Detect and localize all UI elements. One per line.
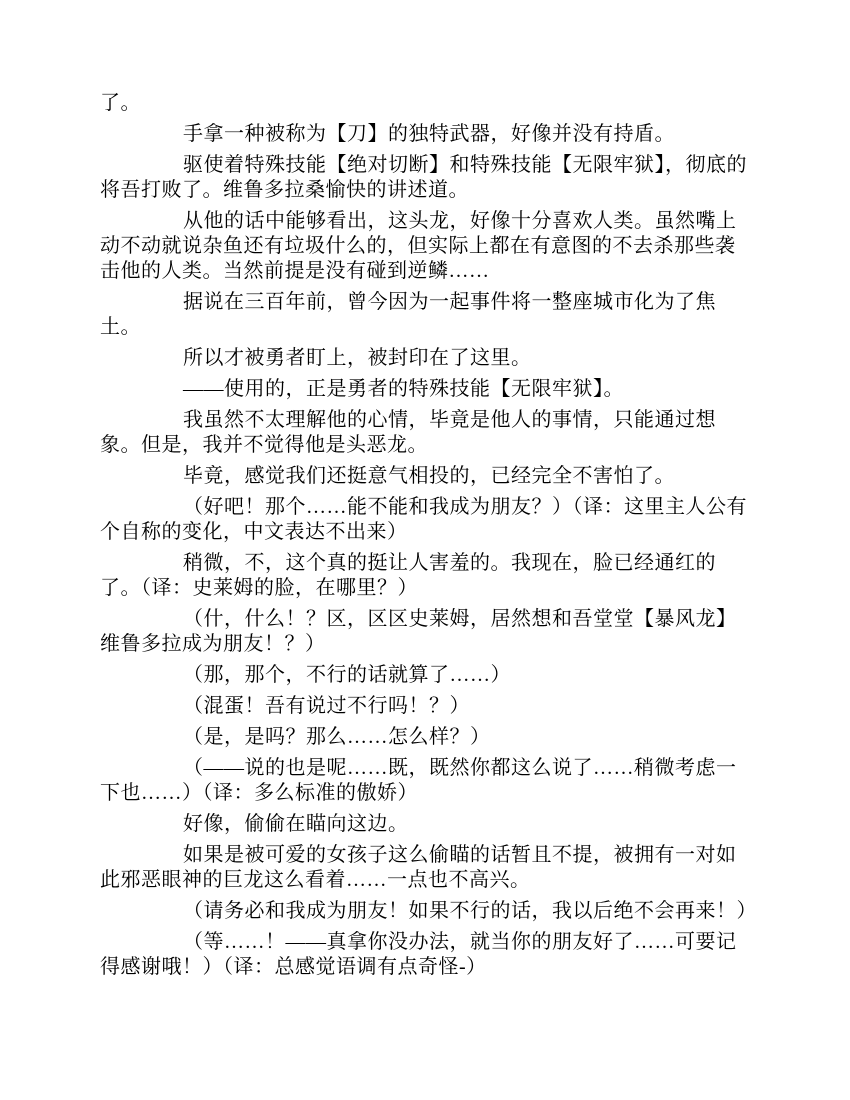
paragraph: 如果是被可爱的女孩子这么偷瞄的话暂且不提，被拥有一对如此邪恶眼神的巨龙这么看着…… [100, 843, 755, 893]
document-page: 了。 手拿一种被称为【刀】的独特武器，好像并没有持盾。 驱使着特殊技能【绝对切断… [0, 0, 850, 1100]
paragraph: ——使用的，正是勇者的特殊技能【无限牢狱】。 [100, 377, 755, 402]
paragraph: 手拿一种被称为【刀】的独特武器，好像并没有持盾。 [100, 122, 755, 147]
paragraph: （混蛋！吾有说过不行吗！？） [100, 694, 755, 719]
paragraph: （等……！——真拿你没办法，就当你的朋友好了……可要记得感谢哦！）（译：总感觉语… [100, 930, 755, 980]
paragraph: 所以才被勇者盯上，被封印在了这里。 [100, 346, 755, 371]
paragraph: 我虽然不太理解他的心情，毕竟是他人的事情，只能通过想象。但是，我并不觉得他是头恶… [100, 408, 755, 458]
paragraph: 好像，偷偷在瞄向这边。 [100, 812, 755, 837]
paragraph: （好吧！那个……能不能和我成为朋友？）（译：这里主人公有个自称的变化，中文表达不… [100, 495, 755, 545]
paragraph: （那，那个，不行的话就算了……） [100, 663, 755, 688]
paragraph: （什，什么！？区，区区史莱姆，居然想和吾堂堂【暴风龙】维鲁多拉成为朋友！？） [100, 607, 755, 657]
paragraph: 稍微，不，这个真的挺让人害羞的。我现在，脸已经通红的了。（译：史莱姆的脸，在哪里… [100, 551, 755, 601]
paragraph: 驱使着特殊技能【绝对切断】和特殊技能【无限牢狱】，彻底的将吾打败了。维鲁多拉桑愉… [100, 153, 755, 203]
paragraph: （是，是吗？那么……怎么样？） [100, 725, 755, 750]
paragraph: （请务必和我成为朋友！如果不行的话，我以后绝不会再来！） [100, 899, 755, 924]
paragraph: 据说在三百年前，曾今因为一起事件将一整座城市化为了焦土。 [100, 290, 755, 340]
paragraph: 从他的话中能够看出，这头龙，好像十分喜欢人类。虽然嘴上动不动就说杂鱼还有垃圾什么… [100, 209, 755, 284]
paragraph: 了。 [100, 91, 755, 116]
paragraph: （——说的也是呢……既，既然你都这么说了……稍微考虑一下也……）（译：多么标准的… [100, 756, 755, 806]
paragraph: 毕竟，感觉我们还挺意气相投的，已经完全不害怕了。 [100, 464, 755, 489]
